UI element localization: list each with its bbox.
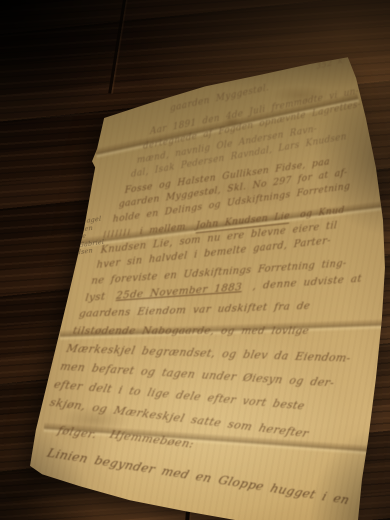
- body-line-text: lyst: [85, 291, 106, 305]
- document-paper: 352 k Delings og Udskiftnings Forretning…: [0, 0, 390, 520]
- margin-annotation: John Nagel Knudsen senere Joh. Gabriel K…: [63, 215, 104, 259]
- photo-of-old-document: 352 k Delings og Udskiftnings Forretning…: [0, 0, 390, 520]
- paper-shadow-wrapper: 352 k Delings og Udskiftnings Forretning…: [0, 0, 390, 520]
- body-line: tilstødende Nabogaarde, og med lovlige: [72, 325, 310, 337]
- ink-scribble: [103, 228, 129, 238]
